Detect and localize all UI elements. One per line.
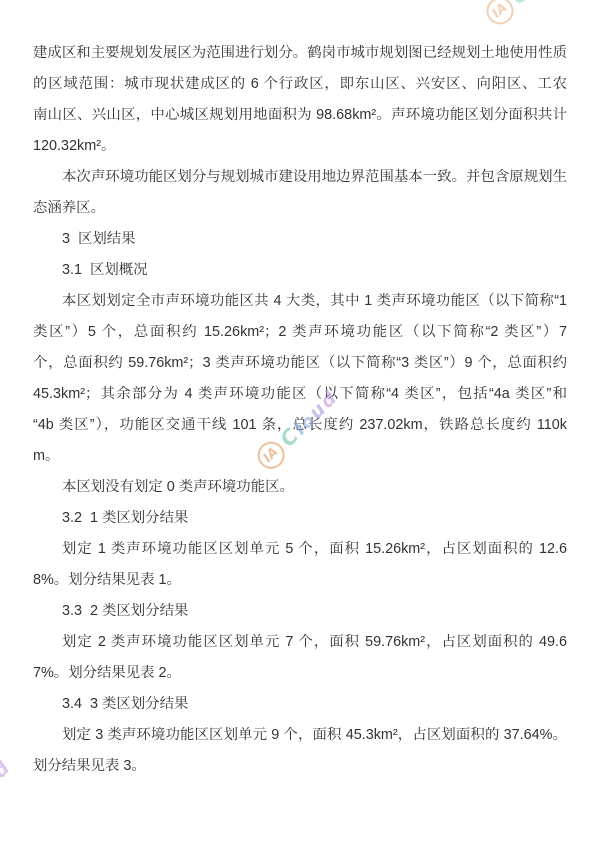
text-line: 3.3 2 类区划分结果 [33, 596, 567, 627]
text-line: 45.3km²；其余部分为 4 类声环境功能区（以下简称“4 类区”，包括“4a… [33, 379, 567, 410]
text-line: m。 [33, 441, 567, 472]
text-line: 3.1 区划概况 [33, 255, 567, 286]
text-line: 3.2 1 类区划分结果 [33, 503, 567, 534]
document-body: 建成区和主要规划发展区为范围进行划分。鹤岗市城市规划图已经规划土地使用性质的区域… [33, 38, 567, 782]
text-line: 的区域范围：城市现状建成区的 6 个行政区，即东山区、兴安区、向阳区、工农区、 [33, 69, 567, 100]
text-line: 本区划划定全市声环境功能区共 4 大类，其中 1 类声环境功能区（以下简称“1 [33, 286, 567, 317]
text-line: 态涵养区。 [33, 193, 567, 224]
text-line: 建成区和主要规划发展区为范围进行划分。鹤岗市城市规划图已经规划土地使用性质 [33, 38, 567, 69]
document-page: 建成区和主要规划发展区为范围进行划分。鹤岗市城市规划图已经规划土地使用性质的区域… [0, 0, 595, 841]
text-line: “4b 类区”），功能区交通干线 101 条，总长度约 237.02km，铁路总… [33, 410, 567, 441]
text-line: 划定 2 类声环境功能区区划单元 7 个，面积 59.76km²，占区划面积的 … [33, 627, 567, 658]
text-line: 7%。划分结果见表 2。 [33, 658, 567, 689]
text-line: 8%。划分结果见表 1。 [33, 565, 567, 596]
watermark-letter: d [0, 757, 14, 782]
text-line: 3.4 3 类区划分结果 [33, 689, 567, 720]
text-line: 划定 3 类声环境功能区区划单元 9 个，面积 45.3km²，占区划面积的 3… [33, 720, 567, 751]
watermark-letter: C [506, 0, 533, 9]
iacloud-watermark-bottom-left: IA Cloud [0, 755, 15, 841]
text-line: 3 区划结果 [33, 224, 567, 255]
text-line: 南山区、兴山区，中心城区规划用地面积为 98.68km²。声环境功能区划分面积共… [33, 100, 567, 131]
text-line: 本区划没有划定 0 类声环境功能区。 [33, 472, 567, 503]
text-line: 类区”）5 个，总面积约 15.26km²；2 类声环境功能区（以下简称“2 类… [33, 317, 567, 348]
watermark-letters: Cloud [506, 0, 574, 9]
text-line: 本次声环境功能区划分与规划城市建设用地边界范围基本一致。并包含原规划生 [33, 162, 567, 193]
iacloud-watermark-top-right: IA Cloud [481, 0, 575, 30]
text-line: 划定 1 类声环境功能区区划单元 5 个，面积 15.26km²，占区划面积的 … [33, 534, 567, 565]
watermark-letter: u [0, 768, 3, 793]
text-line: 个，总面积约 59.76km²；3 类声环境功能区（以下简称“3 类区”）9 个… [33, 348, 567, 379]
text-line: 划分结果见表 3。 [33, 751, 567, 782]
watermark-letters: Cloud [0, 756, 14, 822]
text-line: 120.32km²。 [33, 131, 567, 162]
watermark-ia-circle-icon: IA [481, 0, 519, 30]
